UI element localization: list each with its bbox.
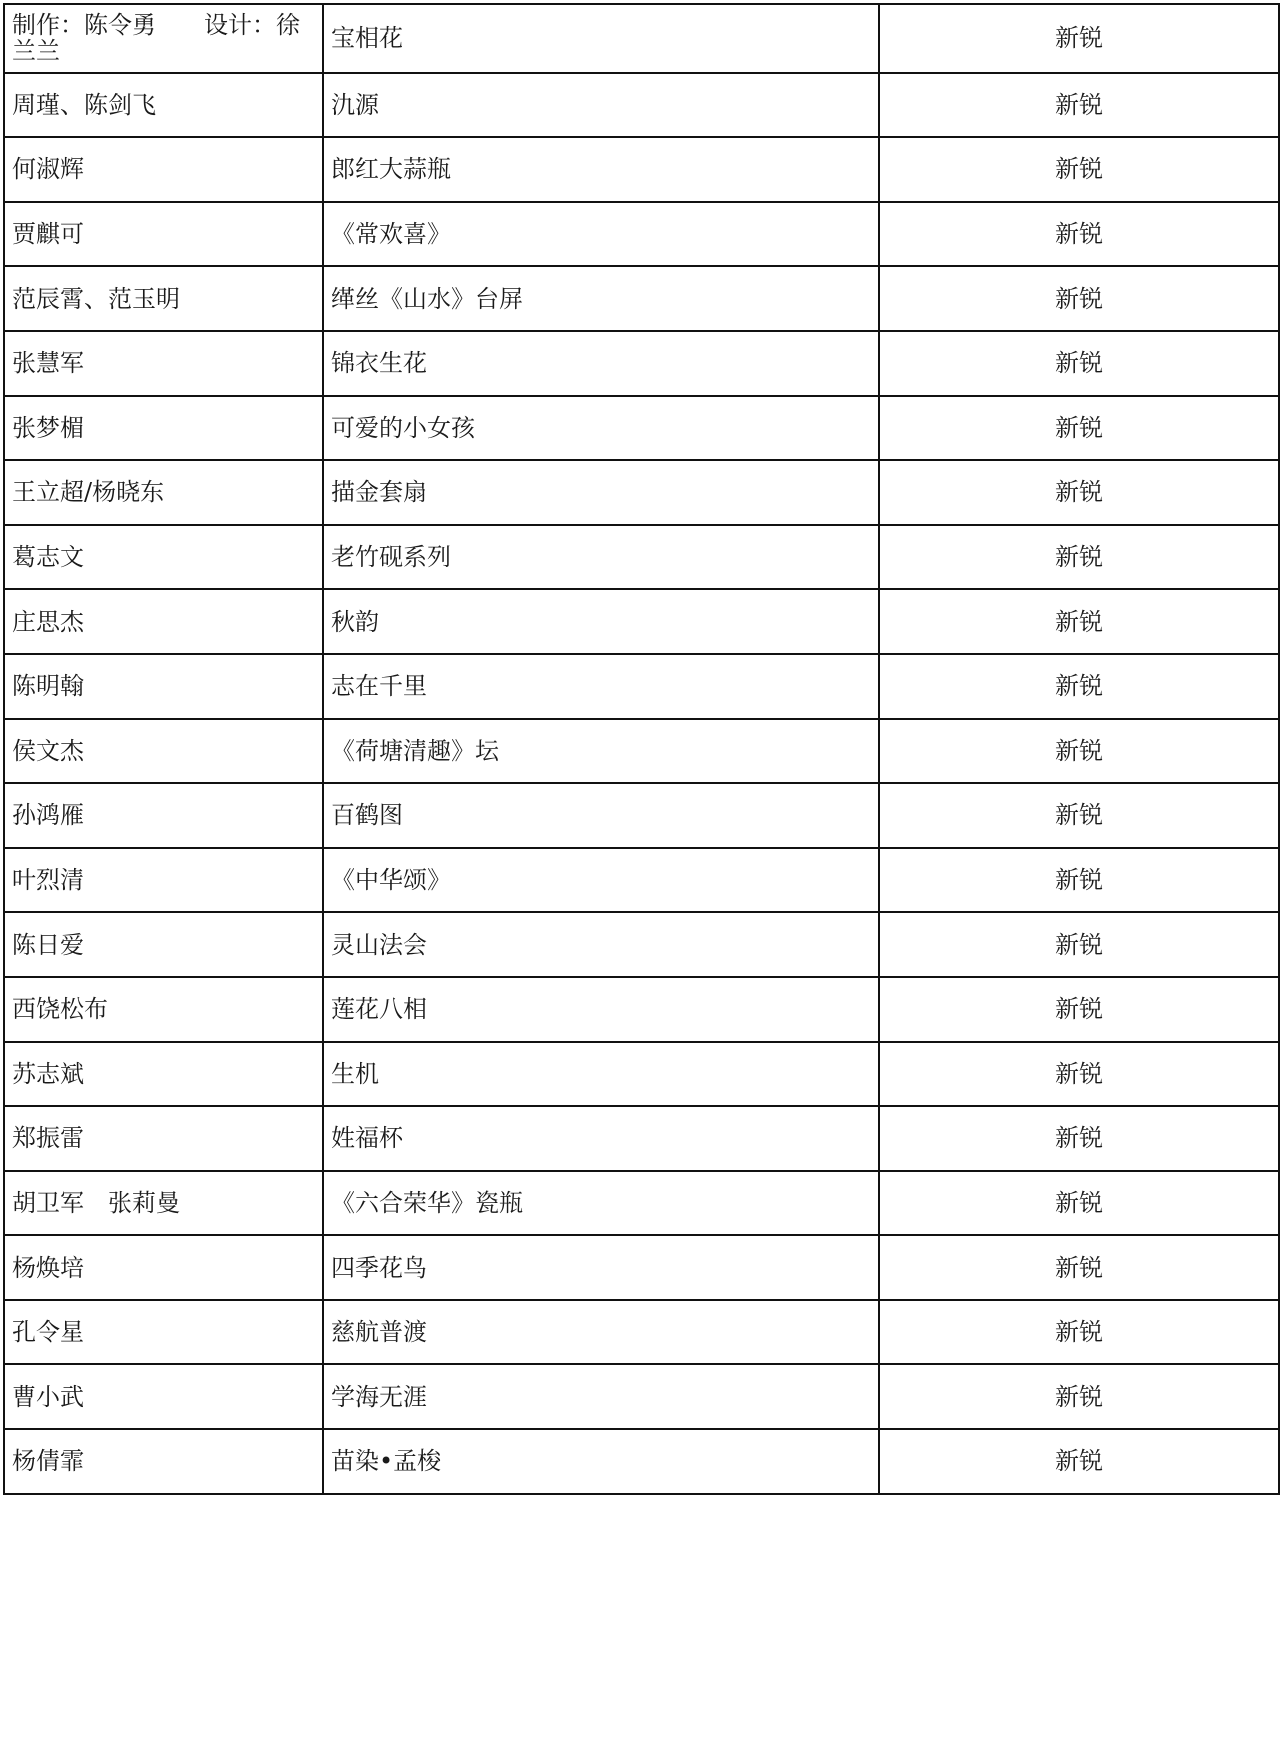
work-title-cell: 百鹤图 — [323, 783, 879, 848]
award-cell: 新锐 — [879, 1235, 1279, 1300]
author-cell: 周瑾、陈剑飞 — [4, 73, 323, 138]
work-title-cell: 氿源 — [323, 73, 879, 138]
table-row: 陈明翰 志在千里 新锐 — [4, 654, 1279, 719]
work-title-cell: 锦衣生花 — [323, 331, 879, 396]
award-cell: 新锐 — [879, 4, 1279, 73]
table-row: 周瑾、陈剑飞 氿源 新锐 — [4, 73, 1279, 138]
work-title-cell: 慈航普渡 — [323, 1300, 879, 1365]
author-cell: 庄思杰 — [4, 589, 323, 654]
award-cell: 新锐 — [879, 1300, 1279, 1365]
author-cell: 西饶松布 — [4, 977, 323, 1042]
table-row: 张慧军 锦衣生花 新锐 — [4, 331, 1279, 396]
table-row: 侯文杰 《荷塘清趣》坛 新锐 — [4, 719, 1279, 784]
table-row: 杨焕培 四季花鸟 新锐 — [4, 1235, 1279, 1300]
author-cell: 苏志斌 — [4, 1042, 323, 1107]
table-row: 庄思杰 秋韵 新锐 — [4, 589, 1279, 654]
table-row: 张梦楣 可爱的小女孩 新锐 — [4, 396, 1279, 461]
award-cell: 新锐 — [879, 654, 1279, 719]
author-cell: 制作：陈令勇 设计：徐兰兰 — [4, 4, 323, 73]
author-cell: 陈明翰 — [4, 654, 323, 719]
work-title-cell: 灵山法会 — [323, 912, 879, 977]
work-title-cell: 志在千里 — [323, 654, 879, 719]
work-title-cell: 莲花八相 — [323, 977, 879, 1042]
table-row: 孔令星 慈航普渡 新锐 — [4, 1300, 1279, 1365]
author-cell: 贾麒可 — [4, 202, 323, 267]
table-row: 孙鸿雁 百鹤图 新锐 — [4, 783, 1279, 848]
table-row: 西饶松布 莲花八相 新锐 — [4, 977, 1279, 1042]
author-cell: 张梦楣 — [4, 396, 323, 461]
table-row: 陈日爱 灵山法会 新锐 — [4, 912, 1279, 977]
work-title-cell: 《荷塘清趣》坛 — [323, 719, 879, 784]
work-title-cell: 《常欢喜》 — [323, 202, 879, 267]
award-cell: 新锐 — [879, 783, 1279, 848]
award-cell: 新锐 — [879, 73, 1279, 138]
work-title-cell: 《六合荣华》瓷瓶 — [323, 1171, 879, 1236]
work-title-cell: 学海无涯 — [323, 1364, 879, 1429]
award-cell: 新锐 — [879, 396, 1279, 461]
table-row: 范辰霄、范玉明 缂丝《山水》台屏 新锐 — [4, 266, 1279, 331]
author-cell: 葛志文 — [4, 525, 323, 590]
table-row: 胡卫军 张莉曼 《六合荣华》瓷瓶 新锐 — [4, 1171, 1279, 1236]
work-title-cell: 描金套扇 — [323, 460, 879, 525]
author-cell: 杨倩霏 — [4, 1429, 323, 1494]
table-row: 郑振雷 姓福杯 新锐 — [4, 1106, 1279, 1171]
author-cell: 孔令星 — [4, 1300, 323, 1365]
author-cell: 张慧军 — [4, 331, 323, 396]
work-title-cell: 四季花鸟 — [323, 1235, 879, 1300]
award-cell: 新锐 — [879, 589, 1279, 654]
award-cell: 新锐 — [879, 137, 1279, 202]
author-cell: 曹小武 — [4, 1364, 323, 1429]
author-cell: 王立超/杨晓东 — [4, 460, 323, 525]
table-row: 叶烈清 《中华颂》 新锐 — [4, 848, 1279, 913]
award-list-table: 制作：陈令勇 设计：徐兰兰 宝相花 新锐 周瑾、陈剑飞 氿源 新锐 何淑辉 郎红… — [3, 3, 1280, 1495]
award-cell: 新锐 — [879, 912, 1279, 977]
table-row: 杨倩霏 苗染•孟梭 新锐 — [4, 1429, 1279, 1494]
award-cell: 新锐 — [879, 1042, 1279, 1107]
award-cell: 新锐 — [879, 460, 1279, 525]
work-title-cell: 宝相花 — [323, 4, 879, 73]
author-cell: 陈日爱 — [4, 912, 323, 977]
work-title-cell: 老竹砚系列 — [323, 525, 879, 590]
author-cell: 郑振雷 — [4, 1106, 323, 1171]
table-row: 贾麒可 《常欢喜》 新锐 — [4, 202, 1279, 267]
author-cell: 孙鸿雁 — [4, 783, 323, 848]
work-title-cell: 可爱的小女孩 — [323, 396, 879, 461]
award-cell: 新锐 — [879, 1106, 1279, 1171]
work-title-cell: 缂丝《山水》台屏 — [323, 266, 879, 331]
table-body: 制作：陈令勇 设计：徐兰兰 宝相花 新锐 周瑾、陈剑飞 氿源 新锐 何淑辉 郎红… — [4, 4, 1279, 1494]
work-title-cell: 苗染•孟梭 — [323, 1429, 879, 1494]
award-cell: 新锐 — [879, 1364, 1279, 1429]
table-row: 葛志文 老竹砚系列 新锐 — [4, 525, 1279, 590]
author-cell: 侯文杰 — [4, 719, 323, 784]
author-cell: 何淑辉 — [4, 137, 323, 202]
award-cell: 新锐 — [879, 719, 1279, 784]
award-cell: 新锐 — [879, 1171, 1279, 1236]
work-title-cell: 《中华颂》 — [323, 848, 879, 913]
work-title-cell: 姓福杯 — [323, 1106, 879, 1171]
table-row: 王立超/杨晓东 描金套扇 新锐 — [4, 460, 1279, 525]
award-cell: 新锐 — [879, 525, 1279, 590]
table-row: 曹小武 学海无涯 新锐 — [4, 1364, 1279, 1429]
author-cell: 胡卫军 张莉曼 — [4, 1171, 323, 1236]
award-cell: 新锐 — [879, 1429, 1279, 1494]
work-title-cell: 秋韵 — [323, 589, 879, 654]
author-cell: 杨焕培 — [4, 1235, 323, 1300]
author-cell: 叶烈清 — [4, 848, 323, 913]
work-title-cell: 生机 — [323, 1042, 879, 1107]
award-cell: 新锐 — [879, 202, 1279, 267]
table-row: 苏志斌 生机 新锐 — [4, 1042, 1279, 1107]
table-row: 制作：陈令勇 设计：徐兰兰 宝相花 新锐 — [4, 4, 1279, 73]
award-cell: 新锐 — [879, 977, 1279, 1042]
author-cell: 范辰霄、范玉明 — [4, 266, 323, 331]
award-cell: 新锐 — [879, 331, 1279, 396]
award-cell: 新锐 — [879, 848, 1279, 913]
award-cell: 新锐 — [879, 266, 1279, 331]
work-title-cell: 郎红大蒜瓶 — [323, 137, 879, 202]
table-row: 何淑辉 郎红大蒜瓶 新锐 — [4, 137, 1279, 202]
